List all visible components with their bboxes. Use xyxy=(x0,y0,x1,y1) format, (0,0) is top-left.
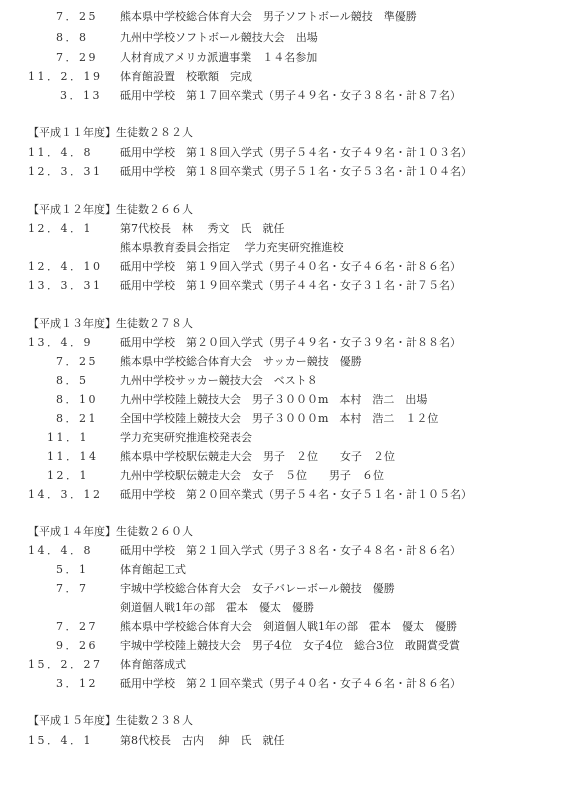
entry-date: 3．12 xyxy=(56,675,98,693)
entry-date: 7．7 xyxy=(56,580,89,598)
entry-date: 11．14 xyxy=(47,448,99,466)
entry-date: 15．2．27 xyxy=(28,656,103,674)
entry-text: 熊本県中学校総合体育大会 サッカー競技 優勝 xyxy=(120,353,362,371)
section-heading-h11: 【平成１１年度】生徒数２８２人 xyxy=(0,124,566,142)
entry-row: 9．26 宇城中学校陸上競技大会 男子4位 女子4位 総合3位 敢闘賞受賞 xyxy=(0,637,566,655)
entry-row: 15．4．1 第8代校長 古内 紳 氏 就任 xyxy=(0,732,566,750)
entry-date: 3．13 xyxy=(60,87,102,105)
entry-row: 12．3．31 砥用中学校 第１８回卒業式（男子５１名・女子５３名・計１０４名） xyxy=(0,163,566,181)
section-heading: 【平成１３年度】生徒数２７８人 xyxy=(28,315,193,333)
entry-row: 11．14 熊本県中学校駅伝競走大会 男子 ２位 女子 ２位 xyxy=(0,448,566,466)
entry-row: 13．3．31 砥用中学校 第１９回卒業式（男子４４名・女子３１名・計７５名） xyxy=(0,277,566,295)
entry-date: 12．1 xyxy=(47,467,89,485)
entry-row: 3．13 砥用中学校 第１７回卒業式（男子４９名・女子３８名・計８７名） xyxy=(0,87,566,105)
entry-date: 12．4．1 xyxy=(28,220,93,238)
section-heading-h13: 【平成１３年度】生徒数２７８人 xyxy=(0,315,566,333)
entry-text: 人材育成アメリカ派遣事業 １４名参加 xyxy=(120,49,317,67)
entry-text: 第8代校長 古内 紳 氏 就任 xyxy=(120,732,285,750)
entry-text: 砥用中学校 第１９回卒業式（男子４４名・女子３１名・計７５名） xyxy=(120,277,461,295)
entry-row: 11．2．19 体育館設置 校歌額 完成 xyxy=(0,68,566,86)
entry-row: 7．7 宇城中学校総合体育大会 女子バレーボール競技 優勝 xyxy=(0,580,566,598)
entry-text: 熊本県中学校総合体育大会 剣道個人戦1年の部 霍本 優太 優勝 xyxy=(120,618,457,636)
entry-row: 7．27 熊本県中学校総合体育大会 剣道個人戦1年の部 霍本 優太 優勝 xyxy=(0,618,566,636)
entry-row: 14．4．8 砥用中学校 第２１回入学式（男子３８名・女子４８名・計８６名） xyxy=(0,542,566,560)
entry-date: 7．29 xyxy=(56,49,98,67)
entry-date: 7．25 xyxy=(56,8,98,26)
entry-date: 14．3．12 xyxy=(28,486,103,504)
entry-date: 13．3．31 xyxy=(28,277,103,295)
entry-row: 5．1 体育館起工式 xyxy=(0,561,566,579)
entry-date: 11．4．8 xyxy=(28,144,93,162)
section-heading: 【平成１２年度】生徒数２６６人 xyxy=(28,201,193,219)
section-heading: 【平成１１年度】生徒数２８２人 xyxy=(28,124,193,142)
entry-text: 第7代校長 林 秀文 氏 就任 xyxy=(120,220,285,238)
entry-text: 熊本県中学校総合体育大会 男子ソフトボール競技 準優勝 xyxy=(120,8,417,26)
entry-text: 砥用中学校 第１９回入学式（男子４０名・女子４６名・計８６名） xyxy=(120,258,461,276)
entry-text: 砥用中学校 第１７回卒業式（男子４９名・女子３８名・計８７名） xyxy=(120,87,461,105)
entry-text: 剣道個人戦1年の部 霍本 優太 優勝 xyxy=(120,599,314,617)
entry-row: 12．1 九州中学校駅伝競走大会 女子 ５位 男子 ６位 xyxy=(0,467,566,485)
entry-row: 7．29 人材育成アメリカ派遣事業 １４名参加 xyxy=(0,49,566,67)
entry-text: 学力充実研究推進校発表会 xyxy=(120,429,252,447)
entry-text: 九州中学校駅伝競走大会 女子 ５位 男子 ６位 xyxy=(120,467,384,485)
entry-date: 7．27 xyxy=(56,618,98,636)
entry-date: 7．25 xyxy=(56,353,98,371)
section-heading-h15: 【平成１５年度】生徒数２３８人 xyxy=(0,712,566,730)
entry-row: 8．21 全国中学校陸上競技大会 男子３０００m 本村 浩二 １２位 xyxy=(0,410,566,428)
entry-row: 13．4．9 砥用中学校 第２０回入学式（男子４９名・女子３９名・計８８名） xyxy=(0,334,566,352)
entry-row: 12．4．1 第7代校長 林 秀文 氏 就任 xyxy=(0,220,566,238)
entry-text: 砥用中学校 第１８回卒業式（男子５１名・女子５３名・計１０４名） xyxy=(120,163,472,181)
entry-row: 11．1 学力充実研究推進校発表会 xyxy=(0,429,566,447)
section-heading-h12: 【平成１２年度】生徒数２６６人 xyxy=(0,201,566,219)
entry-row: 14．3．12 砥用中学校 第２０回卒業式（男子５４名・女子５１名・計１０５名） xyxy=(0,486,566,504)
entry-text: 宇城中学校陸上競技大会 男子4位 女子4位 総合3位 敢闘賞受賞 xyxy=(120,637,460,655)
entry-text: 砥用中学校 第２１回入学式（男子３８名・女子４８名・計８６名） xyxy=(120,542,461,560)
entry-text: 体育館設置 校歌額 完成 xyxy=(120,68,252,86)
entry-date: 11．2．19 xyxy=(28,68,103,86)
entry-text: 体育館落成式 xyxy=(120,656,186,674)
entry-text: 九州中学校ソフトボール競技大会 出場 xyxy=(120,29,318,47)
entry-text: 砥用中学校 第１８回入学式（男子５４名・女子４９名・計１０３名） xyxy=(120,144,472,162)
entry-row: 3．12 砥用中学校 第２１回卒業式（男子４０名・女子４６名・計８６名） xyxy=(0,675,566,693)
entry-text: 九州中学校陸上競技大会 男子３０００m 本村 浩二 出場 xyxy=(120,391,427,409)
entry-date: 15．4．1 xyxy=(28,732,93,750)
entry-row: 12．4．10 砥用中学校 第１９回入学式（男子４０名・女子４６名・計８６名） xyxy=(0,258,566,276)
entry-row: 剣道個人戦1年の部 霍本 優太 優勝 xyxy=(0,599,566,617)
entry-text: 砥用中学校 第２０回卒業式（男子５４名・女子５１名・計１０５名） xyxy=(120,486,472,504)
entry-row: 8．8 九州中学校ソフトボール競技大会 出場 xyxy=(0,29,566,47)
entry-text: 砥用中学校 第２１回卒業式（男子４０名・女子４６名・計８６名） xyxy=(120,675,461,693)
entry-date: 13．4．9 xyxy=(28,334,93,352)
entry-date: 8．21 xyxy=(56,410,98,428)
entry-date: 8．10 xyxy=(56,391,98,409)
entry-row: 8．10 九州中学校陸上競技大会 男子３０００m 本村 浩二 出場 xyxy=(0,391,566,409)
entry-date: 11．1 xyxy=(47,429,89,447)
entry-text: 熊本県教育委員会指定 学力充実研究推進校 xyxy=(120,239,344,257)
entry-date: 14．4．8 xyxy=(28,542,93,560)
entry-text: 九州中学校サッカー競技大会 ベスト８ xyxy=(120,372,318,390)
section-heading: 【平成１４年度】生徒数２６０人 xyxy=(28,523,193,541)
entry-date: 12．4．10 xyxy=(28,258,103,276)
entry-text: 全国中学校陸上競技大会 男子３０００m 本村 浩二 １２位 xyxy=(120,410,438,428)
entry-date: 5．1 xyxy=(56,561,89,579)
entry-text: 体育館起工式 xyxy=(120,561,186,579)
entry-date: 8．8 xyxy=(56,29,89,47)
entry-text: 砥用中学校 第２０回入学式（男子４９名・女子３９名・計８８名） xyxy=(120,334,461,352)
entry-row: 11．4．8 砥用中学校 第１８回入学式（男子５４名・女子４９名・計１０３名） xyxy=(0,144,566,162)
section-heading-h14: 【平成１４年度】生徒数２６０人 xyxy=(0,523,566,541)
entry-text: 宇城中学校総合体育大会 女子バレーボール競技 優勝 xyxy=(120,580,395,598)
entry-date: 8．5 xyxy=(56,372,89,390)
entry-row: 7．25 熊本県中学校総合体育大会 男子ソフトボール競技 準優勝 xyxy=(0,8,566,26)
entry-date: 9．26 xyxy=(56,637,98,655)
entry-row: 熊本県教育委員会指定 学力充実研究推進校 xyxy=(0,239,566,257)
entry-text: 熊本県中学校駅伝競走大会 男子 ２位 女子 ２位 xyxy=(120,448,395,466)
entry-date: 12．3．31 xyxy=(28,163,103,181)
entry-row: 7．25 熊本県中学校総合体育大会 サッカー競技 優勝 xyxy=(0,353,566,371)
entry-row: 15．2．27 体育館落成式 xyxy=(0,656,566,674)
entry-row: 8．5 九州中学校サッカー競技大会 ベスト８ xyxy=(0,372,566,390)
section-heading: 【平成１５年度】生徒数２３８人 xyxy=(28,712,193,730)
